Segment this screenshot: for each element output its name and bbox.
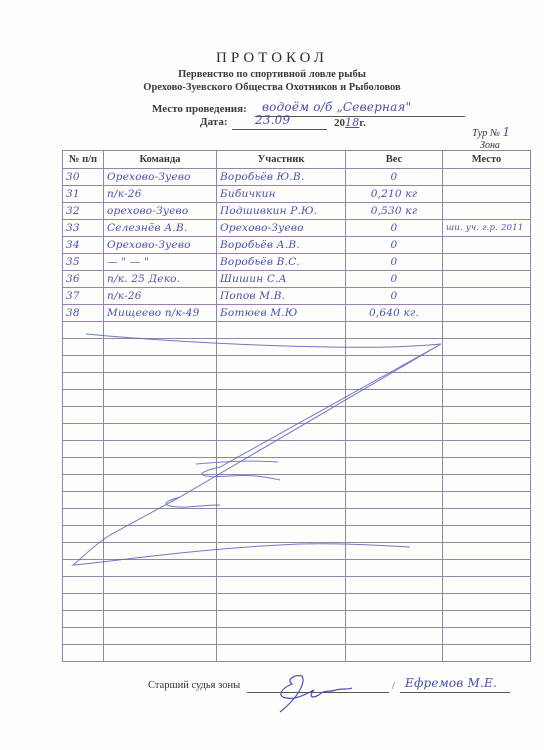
table-row-empty bbox=[63, 560, 531, 577]
cell-team bbox=[104, 492, 217, 509]
cell-participant: Попов М.В. bbox=[217, 288, 346, 305]
cell-weight bbox=[346, 356, 443, 373]
cell-team bbox=[104, 645, 217, 662]
cell-place: ши. уч. г.р. 2011 bbox=[443, 220, 531, 237]
cell-team bbox=[104, 628, 217, 645]
cell-participant bbox=[217, 475, 346, 492]
table-row-empty bbox=[63, 577, 531, 594]
cell-number bbox=[63, 577, 104, 594]
cell-team: орехово-Зуево bbox=[104, 203, 217, 220]
cell-place bbox=[443, 339, 531, 356]
cell-number bbox=[63, 458, 104, 475]
cell-number bbox=[63, 594, 104, 611]
cell-participant bbox=[217, 322, 346, 339]
judge-label: Старший судья зоны bbox=[148, 680, 240, 691]
cell-participant bbox=[217, 407, 346, 424]
cell-number bbox=[63, 526, 104, 543]
cell-weight bbox=[346, 322, 443, 339]
cell-number: 36 bbox=[63, 271, 104, 288]
column-header-number: № п/п bbox=[63, 151, 104, 169]
cell-place bbox=[443, 288, 531, 305]
cell-weight: 0 bbox=[346, 169, 443, 186]
cell-weight bbox=[346, 424, 443, 441]
cell-weight bbox=[346, 594, 443, 611]
cell-team bbox=[104, 322, 217, 339]
cell-weight bbox=[346, 475, 443, 492]
table-row-empty bbox=[63, 441, 531, 458]
cell-participant bbox=[217, 441, 346, 458]
table-row-empty bbox=[63, 475, 531, 492]
cell-place bbox=[443, 475, 531, 492]
cell-place bbox=[443, 509, 531, 526]
table-row-empty bbox=[63, 390, 531, 407]
cell-number bbox=[63, 424, 104, 441]
cell-place bbox=[443, 271, 531, 288]
cell-weight: 0 bbox=[346, 237, 443, 254]
cell-participant bbox=[217, 594, 346, 611]
date-label: Дата: bbox=[200, 116, 227, 128]
table-row-empty bbox=[63, 645, 531, 662]
cell-team: Орехово-Зуево bbox=[104, 169, 217, 186]
cell-team bbox=[104, 458, 217, 475]
cell-team: п/к. 25 Деко. bbox=[104, 271, 217, 288]
table-row-empty bbox=[63, 509, 531, 526]
table-row-empty bbox=[63, 458, 531, 475]
cell-team bbox=[104, 356, 217, 373]
cell-team: Селезнёв А.В. bbox=[104, 220, 217, 237]
cell-participant bbox=[217, 560, 346, 577]
cell-place bbox=[443, 424, 531, 441]
cell-number bbox=[63, 322, 104, 339]
cell-weight: 0,530 кг bbox=[346, 203, 443, 220]
cell-participant: Воробьёв А.В. bbox=[217, 237, 346, 254]
table-row-empty bbox=[63, 373, 531, 390]
cell-participant bbox=[217, 611, 346, 628]
cell-team bbox=[104, 407, 217, 424]
cell-place bbox=[443, 390, 531, 407]
cell-weight bbox=[346, 407, 443, 424]
cell-participant bbox=[217, 492, 346, 509]
table-row: 36п/к. 25 Деко.Шишин С.А0 bbox=[63, 271, 531, 288]
cell-place bbox=[443, 526, 531, 543]
table-row: 38Мищеево п/к-49Ботюев М.Ю0,640 кг. bbox=[63, 305, 531, 322]
cell-number bbox=[63, 407, 104, 424]
table-row-empty bbox=[63, 424, 531, 441]
cell-team bbox=[104, 543, 217, 560]
cell-number bbox=[63, 492, 104, 509]
cell-place bbox=[443, 305, 531, 322]
cell-team: п/к-26 bbox=[104, 186, 217, 203]
cell-weight bbox=[346, 543, 443, 560]
cell-participant: Орехово-Зуево bbox=[217, 220, 346, 237]
cell-participant bbox=[217, 424, 346, 441]
table-row-empty bbox=[63, 322, 531, 339]
venue-label: Место проведения: bbox=[152, 103, 247, 115]
cell-number: 38 bbox=[63, 305, 104, 322]
cell-place bbox=[443, 577, 531, 594]
venue-value: водоём о/б „Северная" bbox=[262, 100, 411, 114]
date-value: 23.09 bbox=[255, 113, 290, 127]
cell-number: 33 bbox=[63, 220, 104, 237]
cell-participant: Подшивкин Р.Ю. bbox=[217, 203, 346, 220]
cell-team bbox=[104, 424, 217, 441]
cell-number bbox=[63, 339, 104, 356]
column-header-team: Команда bbox=[104, 151, 217, 169]
cell-team: Мищеево п/к-49 bbox=[104, 305, 217, 322]
cell-weight bbox=[346, 390, 443, 407]
table-row-empty bbox=[63, 594, 531, 611]
cell-team bbox=[104, 594, 217, 611]
cell-weight: 0 bbox=[346, 220, 443, 237]
cell-number bbox=[63, 509, 104, 526]
table-body: 30Орехово-ЗуевоВоробьёв Ю.В.031п/к-26Биб… bbox=[63, 169, 531, 662]
cell-participant bbox=[217, 628, 346, 645]
cell-participant bbox=[217, 526, 346, 543]
cell-weight bbox=[346, 458, 443, 475]
document-title: ПРОТОКОЛ bbox=[0, 50, 544, 67]
table-row-empty bbox=[63, 543, 531, 560]
cell-participant: Воробьёв В.С. bbox=[217, 254, 346, 271]
judge-name: Ефремов М.Е. bbox=[405, 676, 497, 690]
cell-participant: Воробьёв Ю.В. bbox=[217, 169, 346, 186]
cell-place bbox=[443, 611, 531, 628]
cell-place bbox=[443, 169, 531, 186]
tour-value: 1 bbox=[503, 125, 511, 139]
cell-number: 31 bbox=[63, 186, 104, 203]
cell-weight: 0,210 кг bbox=[346, 186, 443, 203]
cell-team: п/к-26 bbox=[104, 288, 217, 305]
document-subtitle-1: Первенство по спортивной ловле рыбы bbox=[0, 69, 544, 80]
cell-team bbox=[104, 373, 217, 390]
cell-participant bbox=[217, 458, 346, 475]
cell-weight bbox=[346, 526, 443, 543]
table-row-empty bbox=[63, 611, 531, 628]
table-row-empty bbox=[63, 339, 531, 356]
column-header-participant: Участник bbox=[217, 151, 346, 169]
cell-participant: Бибичкин bbox=[217, 186, 346, 203]
cell-weight bbox=[346, 560, 443, 577]
table-row: 32орехово-ЗуевоПодшивкин Р.Ю.0,530 кг bbox=[63, 203, 531, 220]
cell-participant bbox=[217, 577, 346, 594]
table-row-empty bbox=[63, 492, 531, 509]
cell-place bbox=[443, 645, 531, 662]
cell-weight bbox=[346, 611, 443, 628]
cell-participant bbox=[217, 543, 346, 560]
cell-number bbox=[63, 628, 104, 645]
cell-participant bbox=[217, 509, 346, 526]
cell-place bbox=[443, 492, 531, 509]
cell-number bbox=[63, 390, 104, 407]
cell-place bbox=[443, 237, 531, 254]
table-row: 34Орехово-ЗуевоВоробьёв А.В.0 bbox=[63, 237, 531, 254]
cell-number bbox=[63, 560, 104, 577]
cell-place bbox=[443, 356, 531, 373]
judge-name-line bbox=[400, 692, 510, 693]
table-row-empty bbox=[63, 628, 531, 645]
table-row: 30Орехово-ЗуевоВоробьёв Ю.В.0 bbox=[63, 169, 531, 186]
cell-place bbox=[443, 322, 531, 339]
cell-place bbox=[443, 441, 531, 458]
cell-team bbox=[104, 441, 217, 458]
year-value: 18 bbox=[345, 116, 359, 129]
cell-team bbox=[104, 560, 217, 577]
document-subtitle-2: Орехово-Зуевского Общества Охотников и Р… bbox=[0, 82, 544, 93]
table-row-empty bbox=[63, 526, 531, 543]
cell-number bbox=[63, 645, 104, 662]
judge-slash: / bbox=[392, 681, 395, 692]
cell-place bbox=[443, 254, 531, 271]
cell-number bbox=[63, 543, 104, 560]
cell-place bbox=[443, 560, 531, 577]
cell-weight bbox=[346, 628, 443, 645]
cell-place bbox=[443, 203, 531, 220]
table-header-row: № п/п Команда Участник Вес Место bbox=[63, 151, 531, 169]
table-row-empty bbox=[63, 407, 531, 424]
cell-weight bbox=[346, 645, 443, 662]
cell-weight bbox=[346, 509, 443, 526]
cell-weight bbox=[346, 492, 443, 509]
cell-number: 32 bbox=[63, 203, 104, 220]
tour-field: Тур № 1 bbox=[472, 125, 510, 139]
year-prefix: 20 bbox=[334, 117, 345, 129]
cell-participant bbox=[217, 645, 346, 662]
cell-participant bbox=[217, 373, 346, 390]
protocol-table: № п/п Команда Участник Вес Место 30Орехо… bbox=[62, 150, 531, 662]
date-line bbox=[232, 129, 327, 130]
cell-team: Орехово-Зуево bbox=[104, 237, 217, 254]
cell-team bbox=[104, 475, 217, 492]
cell-place bbox=[443, 458, 531, 475]
year-suffix: г. bbox=[359, 117, 366, 129]
cell-team bbox=[104, 526, 217, 543]
cell-team bbox=[104, 339, 217, 356]
cell-place bbox=[443, 628, 531, 645]
cell-team bbox=[104, 577, 217, 594]
cell-number: 30 bbox=[63, 169, 104, 186]
cell-participant bbox=[217, 390, 346, 407]
cell-team bbox=[104, 509, 217, 526]
cell-number bbox=[63, 475, 104, 492]
cell-participant bbox=[217, 339, 346, 356]
cell-weight bbox=[346, 441, 443, 458]
table-row: 37п/к-26Попов М.В.0 bbox=[63, 288, 531, 305]
table-row: 33Селезнёв А.В.Орехово-Зуево0ши. уч. г.р… bbox=[63, 220, 531, 237]
judge-signature bbox=[272, 668, 362, 718]
cell-weight: 0,640 кг. bbox=[346, 305, 443, 322]
cell-number bbox=[63, 611, 104, 628]
cell-place bbox=[443, 407, 531, 424]
year-field: 2018г. bbox=[334, 116, 366, 129]
table-row-empty bbox=[63, 356, 531, 373]
table-row: 31п/к-26Бибичкин0,210 кг bbox=[63, 186, 531, 203]
cell-weight: 0 bbox=[346, 254, 443, 271]
cell-number: 37 bbox=[63, 288, 104, 305]
cell-place bbox=[443, 373, 531, 390]
cell-weight bbox=[346, 373, 443, 390]
cell-weight: 0 bbox=[346, 271, 443, 288]
cell-number: 35 bbox=[63, 254, 104, 271]
cell-participant bbox=[217, 356, 346, 373]
cell-place bbox=[443, 186, 531, 203]
cell-team: — " — " bbox=[104, 254, 217, 271]
cell-weight: 0 bbox=[346, 288, 443, 305]
cell-number bbox=[63, 356, 104, 373]
column-header-weight: Вес bbox=[346, 151, 443, 169]
cell-team bbox=[104, 611, 217, 628]
cell-place bbox=[443, 594, 531, 611]
cell-participant: Шишин С.А bbox=[217, 271, 346, 288]
cell-place bbox=[443, 543, 531, 560]
cell-number: 34 bbox=[63, 237, 104, 254]
cell-weight bbox=[346, 577, 443, 594]
cell-number bbox=[63, 441, 104, 458]
cell-participant: Ботюев М.Ю bbox=[217, 305, 346, 322]
cell-number bbox=[63, 373, 104, 390]
cell-team bbox=[104, 390, 217, 407]
tour-label: Тур № bbox=[472, 128, 500, 139]
column-header-place: Место bbox=[443, 151, 531, 169]
cell-weight bbox=[346, 339, 443, 356]
table-row: 35— " — "Воробьёв В.С.0 bbox=[63, 254, 531, 271]
